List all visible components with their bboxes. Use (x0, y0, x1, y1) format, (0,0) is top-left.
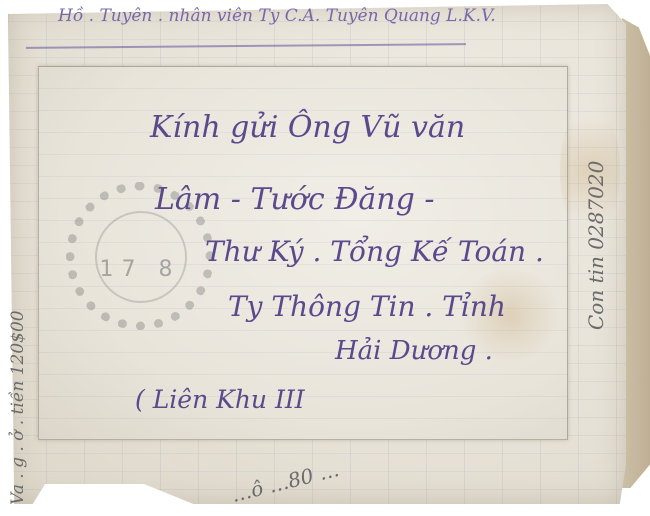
address-line-2: Lâm - Tước Đăng - (155, 182, 435, 217)
address-line-3: Thư Ký . Tổng Kế Toán . (205, 235, 544, 268)
envelope-photo: Hồ . Tuyên . nhân viên Ty C.A. Tuyên Qua… (0, 0, 650, 516)
address-line-4: Ty Thông Tin . Tỉnh (228, 290, 506, 323)
address-line-5: Hải Dương . (335, 336, 493, 366)
envelope-flap (622, 18, 650, 488)
address-line-1: Kính gửi Ông Vũ văn (150, 110, 465, 145)
address-line-6: ( Liên Khu III (135, 385, 305, 414)
postmark-date: 17 8 (75, 257, 205, 282)
sender-line: Hồ . Tuyên . nhân viên Ty C.A. Tuyên Qua… (58, 6, 496, 26)
left-margin-note: Va . g . ở . tiền 120$00 (8, 310, 28, 505)
right-margin-note: Con tin 0287020 (584, 161, 608, 330)
